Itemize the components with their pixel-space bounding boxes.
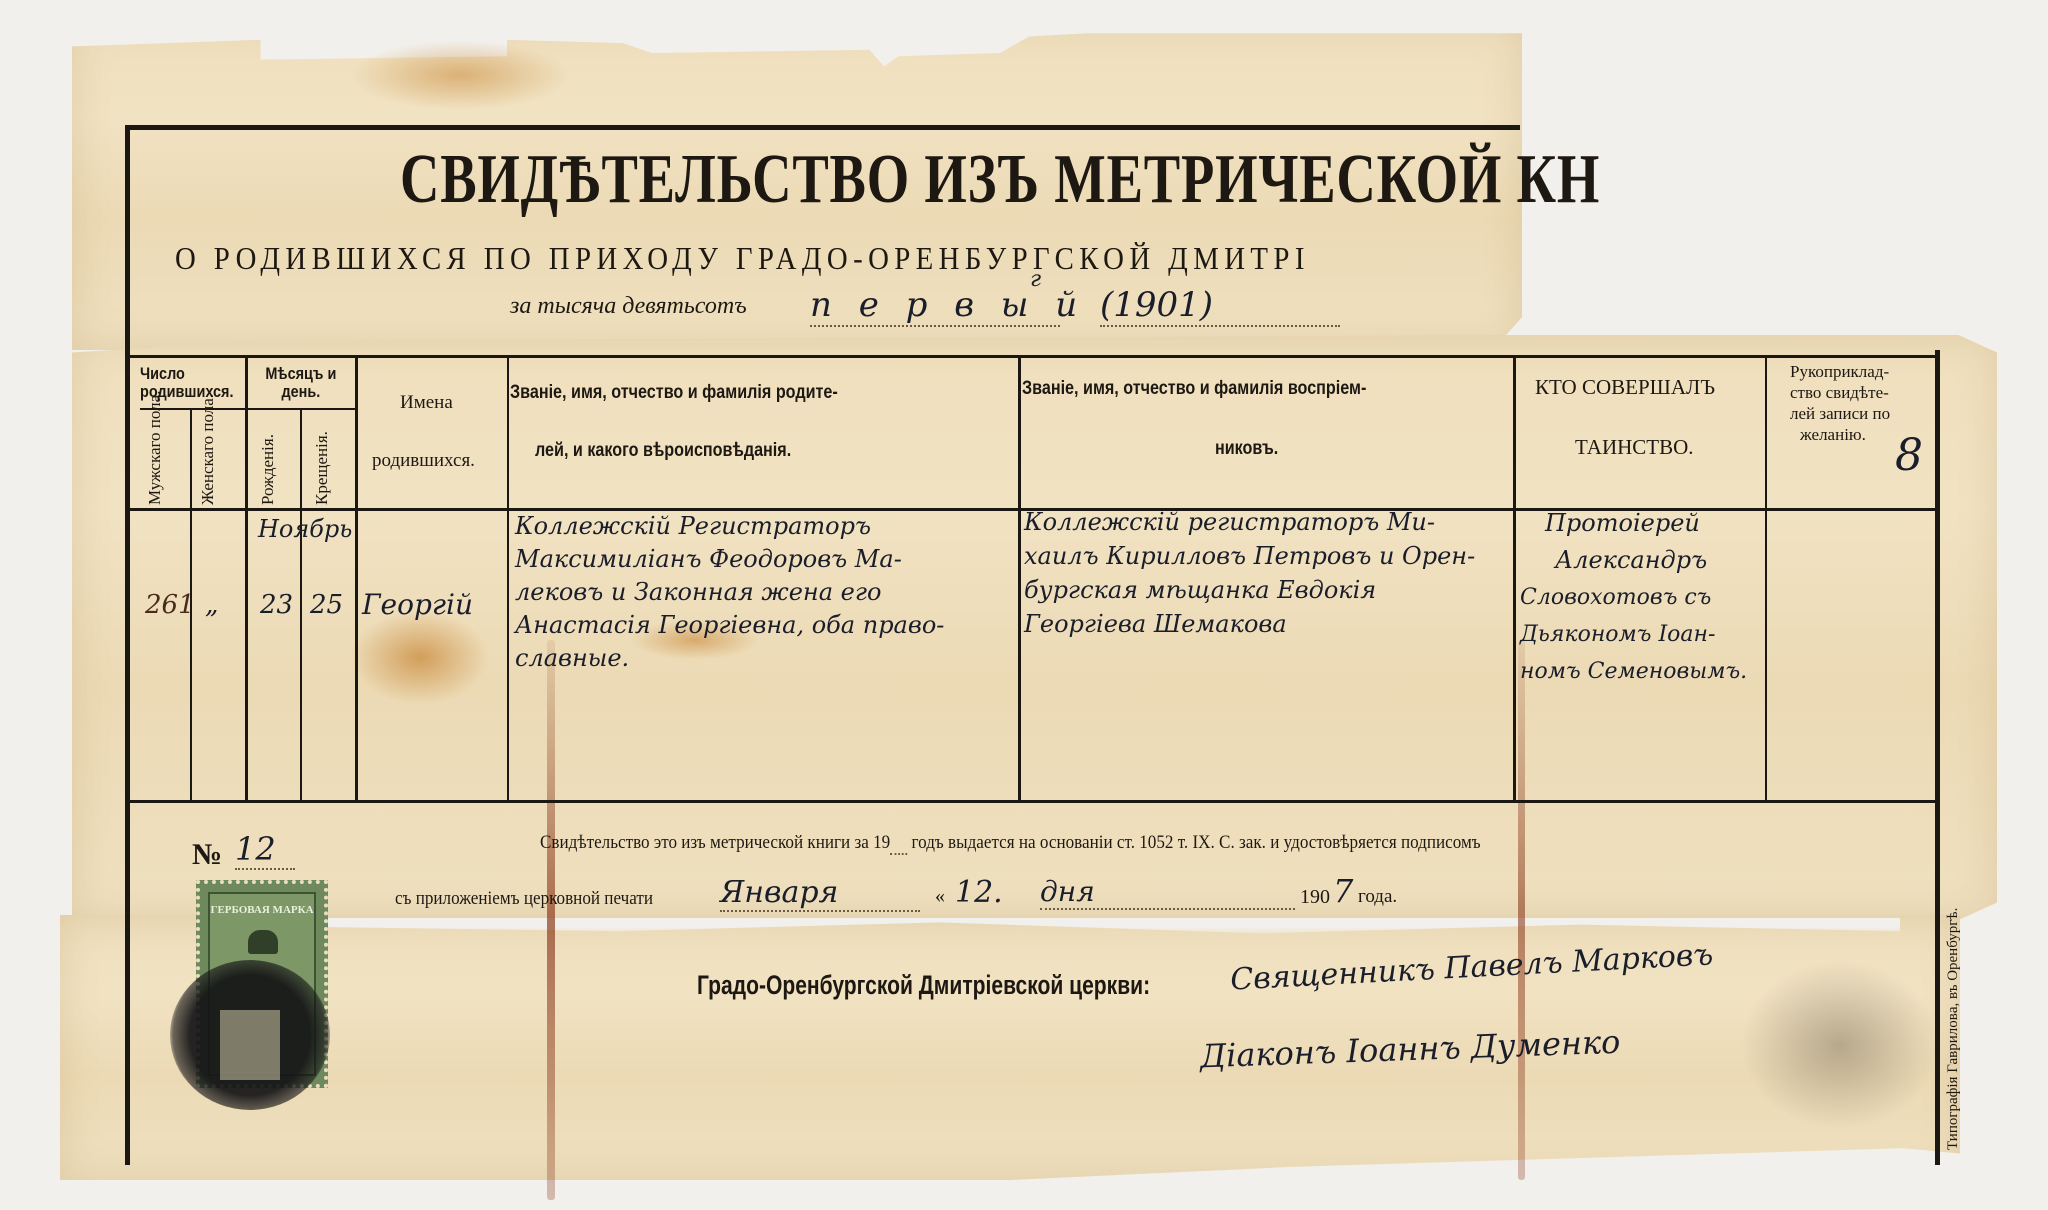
col-divider <box>245 355 248 800</box>
header-performed-line1: КТО СОВЕРШАЛЪ <box>1535 375 1715 400</box>
issue-day: 12. <box>955 875 1003 910</box>
cell-performed-by: Протоіерей Александръ Словохотовъ съ Дья… <box>1520 505 1765 690</box>
table-top-line <box>130 355 1935 358</box>
certification-text-end: годъ выдается на основаніи ст. 1052 т. I… <box>912 832 1481 853</box>
document-subtitle: О РОДИВШИХСЯ ПО ПРИХОДУ ГРАДО-ОРЕНБУРГСК… <box>175 240 1310 277</box>
header-parents-line2: лей, и какого вѣроисповѣданія. <box>535 440 791 462</box>
col-divider <box>300 408 302 800</box>
header-date-baptism: Крещенія. <box>312 415 332 505</box>
header-godparents-line1: Званіе, имя, отчество и фамилія воспріем… <box>1022 378 1366 400</box>
year-line-year: (1901) <box>1100 285 1340 327</box>
cell-male-count: 261 <box>145 590 195 620</box>
church-label: Градо-Оренбургской Дмитріевской церкви: <box>697 970 1150 1001</box>
performed-by-line: Протоіерей <box>1520 505 1765 542</box>
header-performed-line2: ТАИНСТВО. <box>1575 435 1694 460</box>
header-count-female: Женскаго пола. <box>198 415 218 505</box>
cell-birth-day: 23 <box>260 590 293 620</box>
certificate-number-label: № <box>192 838 222 872</box>
church-building-icon <box>220 1010 280 1080</box>
issue-day-quote: « <box>935 885 945 908</box>
col-divider <box>1765 355 1767 800</box>
document-title: СВИДѢТЕЛЬСТВО ИЗЪ МЕТРИЧЕСКОЙ КН <box>400 140 1600 220</box>
crown-icon <box>248 930 278 954</box>
performed-by-line: номъ Семеновымъ. <box>1520 653 1765 690</box>
parents-line: Максимиліанъ Феодоровъ Ма- <box>515 543 1015 576</box>
header-witness-line3: лей записи по <box>1790 404 1890 424</box>
performed-by-line: Дьякономъ Іоан- <box>1520 616 1765 653</box>
cell-child-name: Георгій <box>362 588 473 621</box>
year-line-superscript: г <box>1030 267 1041 292</box>
printer-imprint: Типографія Гавриловa, въ Оренбургѣ. <box>1945 908 1962 1150</box>
performed-by-line: Александръ <box>1520 542 1765 579</box>
header-witness-line2: ство свидѣте- <box>1790 383 1889 403</box>
certificate-number-value: 12 <box>235 830 295 870</box>
table-bottom-line <box>130 800 1935 803</box>
col-divider <box>507 355 509 800</box>
header-count-male: Мужскаго пола. <box>145 415 165 505</box>
header-godparents-line2: никовъ. <box>1215 438 1278 460</box>
cell-baptism-day: 25 <box>310 590 343 620</box>
certification-text-start: Свидѣтельство это изъ метрической книги … <box>540 832 890 853</box>
issue-year-suffix: года. <box>1358 886 1397 908</box>
cell-female-count: „ <box>205 590 218 620</box>
godparents-line: Коллежскій регистраторъ Ми- <box>1024 505 1514 539</box>
certification-text-line2: съ приложеніемъ церковной печати <box>395 888 653 910</box>
header-date-group: Мѣсяцъ и день. <box>252 365 350 401</box>
issue-day-suffix: дня <box>1040 875 1295 910</box>
godparents-line: бургская мѣщанка Евдокія <box>1024 573 1514 607</box>
revenue-stamp-label: ГЕРБОВАЯ МАРКА <box>210 904 314 916</box>
certification-text-line1: Свидѣтельство это изъ метрической книги … <box>540 832 1481 854</box>
col-divider <box>1018 355 1021 800</box>
parents-line: Анастасія Георгіевна, оба право- <box>515 609 1015 642</box>
performed-by-line: Словохотовъ съ <box>1520 579 1765 616</box>
year-line-printed: за тысяча девятьсотъ <box>510 293 747 320</box>
header-witness-line4: желанію. <box>1800 425 1866 445</box>
year-line-handwritten: п е р в ы й <box>810 285 1060 327</box>
cell-godparents: Коллежскій регистраторъ Ми- хаилъ Кирилл… <box>1024 505 1514 641</box>
issue-year-prefix: 190 <box>1300 886 1330 909</box>
witness-mark: 8 <box>1895 430 1923 481</box>
godparents-line: Георгіева Шемакова <box>1024 607 1514 641</box>
parents-line: славные. <box>515 642 1015 675</box>
col-divider <box>355 355 358 800</box>
header-witness-line1: Рукоприклад- <box>1790 362 1889 382</box>
godparents-line: хаилъ Кирилловъ Петровъ и Орен- <box>1024 539 1514 573</box>
cell-month: Ноябрь <box>258 515 352 543</box>
parents-line: лековъ и Законная жена его <box>515 576 1015 609</box>
issue-month: Января <box>720 875 920 912</box>
cell-parents: Коллежскій Регистраторъ Максимиліанъ Фео… <box>515 510 1015 675</box>
frame-top-border <box>125 125 1520 130</box>
header-date-birth: Рожденія. <box>258 415 278 505</box>
issue-year-digit: 7 <box>1333 872 1353 910</box>
parents-line: Коллежскій Регистраторъ <box>515 510 1015 543</box>
frame-left-border <box>125 125 130 1165</box>
header-names-line1: Имена <box>400 392 453 414</box>
header-names-line2: родившихся. <box>372 450 475 472</box>
year-line: за тысяча девятьсотъ п е р в ы й г (1901… <box>510 285 1360 325</box>
certification-year-blank: 01 <box>890 832 907 855</box>
frame-right-border <box>1935 350 1940 1165</box>
header-parents-line1: Званіе, имя, отчество и фамилія родите- <box>510 382 838 404</box>
